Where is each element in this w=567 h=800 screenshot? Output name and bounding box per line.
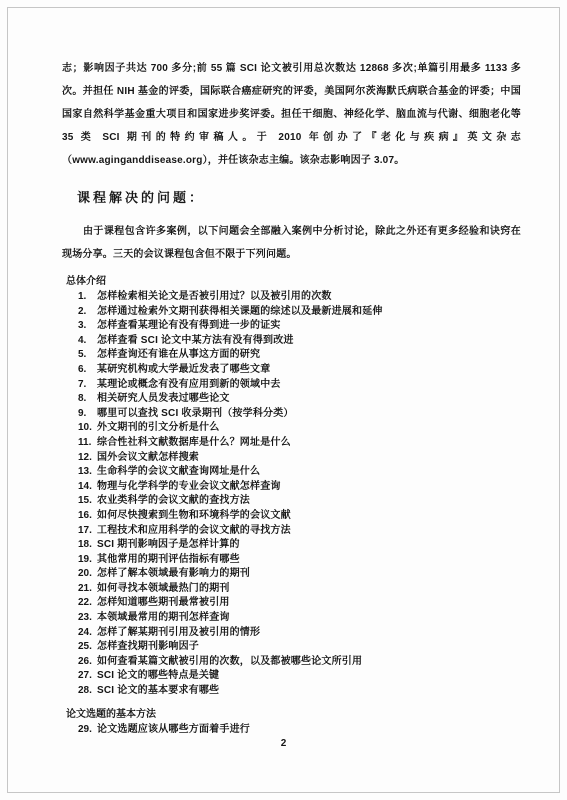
- question-item: 13. 生命科学的会议文献查询网址是什么: [62, 465, 521, 480]
- question-item: 21. 如何寻找本领域最热门的期刊: [62, 582, 521, 597]
- question-sections: 总体介绍 1. 怎样检索相关论文是否被引用过？以及被引用的次数 2. 怎样通过检…: [62, 272, 521, 737]
- question-number: 7.: [78, 378, 97, 393]
- question-number: 29.: [78, 723, 97, 738]
- section-intro-paragraph: 由于课程包含许多案例，以下问题会全部融入案例中分析讨论，除此之外还有更多经验和诀…: [62, 220, 521, 266]
- question-text: 如何寻找本领域最热门的期刊: [97, 582, 521, 597]
- scanned-document-page: 志；影响因子共达 700 多分;前 55 篇 SCI 论文被引用总次数达 128…: [0, 0, 567, 800]
- question-number: 1.: [78, 290, 97, 305]
- question-item: 17. 工程技术和应用科学的会议文献的寻找方法: [62, 524, 521, 539]
- question-text: 其他常用的期刊评估指标有哪些: [97, 553, 521, 568]
- question-text: 生命科学的会议文献查询网址是什么: [97, 465, 521, 480]
- question-text: 综合性社科文献数据库是什么？网址是什么: [97, 436, 521, 451]
- question-item: 19. 其他常用的期刊评估指标有哪些: [62, 553, 521, 568]
- question-text: 工程技术和应用科学的会议文献的寻找方法: [97, 524, 521, 539]
- question-text: 怎样查询还有谁在从事这方面的研究: [97, 348, 521, 363]
- question-number: 4.: [78, 334, 97, 349]
- question-text: 怎样通过检索外文期刊获得相关课题的综述以及最新进展和延伸: [97, 305, 521, 320]
- question-number: 8.: [78, 392, 97, 407]
- question-text: 怎样检索相关论文是否被引用过？以及被引用的次数: [97, 290, 521, 305]
- question-section: 论文选题的基本方法 29. 论文选题应该从哪些方面着手进行: [62, 705, 521, 738]
- question-item: 22. 怎样知道哪些期刊最常被引用: [62, 596, 521, 611]
- question-item: 6. 某研究机构或大学最近发表了哪些文章: [62, 363, 521, 378]
- question-text: 论文选题应该从哪些方面着手进行: [97, 723, 521, 738]
- question-number: 27.: [78, 669, 97, 684]
- question-text: SCI 期刊影响因子是怎样计算的: [97, 538, 521, 553]
- question-text: 本领域最常用的期刊怎样查询: [97, 611, 521, 626]
- question-number: 17.: [78, 524, 97, 539]
- question-text: 怎样查找期刊影响因子: [97, 640, 521, 655]
- question-item: 2. 怎样通过检索外文期刊获得相关课题的综述以及最新进展和延伸: [62, 305, 521, 320]
- question-item: 14. 物理与化学科学的专业会议文献怎样查询: [62, 480, 521, 495]
- section-subheading: 总体介绍: [66, 272, 521, 287]
- question-text: 农业类科学的会议文献的查找方法: [97, 494, 521, 509]
- question-number: 2.: [78, 305, 97, 320]
- question-text: 某理论或概念有没有应用到新的领域中去: [97, 378, 521, 393]
- question-number: 5.: [78, 348, 97, 363]
- question-item: 24. 怎样了解某期刊引用及被引用的情形: [62, 626, 521, 641]
- question-text: SCI 论文的哪些特点是关键: [97, 669, 521, 684]
- question-number: 23.: [78, 611, 97, 626]
- question-number: 20.: [78, 567, 97, 582]
- question-item: 1. 怎样检索相关论文是否被引用过？以及被引用的次数: [62, 290, 521, 305]
- question-item: 27. SCI 论文的哪些特点是关键: [62, 669, 521, 684]
- question-item: 23. 本领域最常用的期刊怎样查询: [62, 611, 521, 626]
- question-text: 怎样了解本领域最有影响力的期刊: [97, 567, 521, 582]
- question-number: 6.: [78, 363, 97, 378]
- question-text: 国外会议文献怎样搜索: [97, 451, 521, 466]
- question-item: 18. SCI 期刊影响因子是怎样计算的: [62, 538, 521, 553]
- question-item: 26. 如何查看某篇文献被引用的次数，以及都被哪些论文所引用: [62, 655, 521, 670]
- page-content: 志；影响因子共达 700 多分;前 55 篇 SCI 论文被引用总次数达 128…: [62, 57, 521, 737]
- question-item: 15. 农业类科学的会议文献的查找方法: [62, 494, 521, 509]
- question-text: 某研究机构或大学最近发表了哪些文章: [97, 363, 521, 378]
- question-number: 11.: [78, 436, 97, 451]
- question-text: 怎样知道哪些期刊最常被引用: [97, 596, 521, 611]
- question-text: 如何查看某篇文献被引用的次数，以及都被哪些论文所引用: [97, 655, 521, 670]
- question-text: 相关研究人员发表过哪些论文: [97, 392, 521, 407]
- question-item: 9. 哪里可以查找 SCI 收录期刊（按学科分类）: [62, 407, 521, 422]
- page-number: 2: [0, 738, 567, 749]
- question-number: 15.: [78, 494, 97, 509]
- question-number: 24.: [78, 626, 97, 641]
- question-item: 5. 怎样查询还有谁在从事这方面的研究: [62, 348, 521, 363]
- question-number: 26.: [78, 655, 97, 670]
- question-item: 16. 如何尽快搜索到生物和环境科学的会议文献: [62, 509, 521, 524]
- question-list: 29. 论文选题应该从哪些方面着手进行: [62, 723, 521, 738]
- question-number: 3.: [78, 319, 97, 334]
- question-number: 18.: [78, 538, 97, 553]
- question-text: SCI 论文的基本要求有哪些: [97, 684, 521, 699]
- question-text: 怎样查看 SCI 论文中某方法有没有得到改进: [97, 334, 521, 349]
- question-section: 总体介绍 1. 怎样检索相关论文是否被引用过？以及被引用的次数 2. 怎样通过检…: [62, 272, 521, 699]
- question-item: 11. 综合性社科文献数据库是什么？网址是什么: [62, 436, 521, 451]
- question-number: 13.: [78, 465, 97, 480]
- question-number: 25.: [78, 640, 97, 655]
- question-number: 12.: [78, 451, 97, 466]
- question-number: 10.: [78, 421, 97, 436]
- question-text: 物理与化学科学的专业会议文献怎样查询: [97, 480, 521, 495]
- bio-paragraph: 志；影响因子共达 700 多分;前 55 篇 SCI 论文被引用总次数达 128…: [62, 57, 521, 172]
- question-number: 28.: [78, 684, 97, 699]
- question-text: 外文期刊的引文分析是什么: [97, 421, 521, 436]
- question-number: 16.: [78, 509, 97, 524]
- question-item: 29. 论文选题应该从哪些方面着手进行: [62, 723, 521, 738]
- section-heading: 课程解决的问题：: [77, 187, 521, 206]
- question-item: 3. 怎样查看某理论有没有得到进一步的证实: [62, 319, 521, 334]
- question-text: 怎样查看某理论有没有得到进一步的证实: [97, 319, 521, 334]
- question-list: 1. 怎样检索相关论文是否被引用过？以及被引用的次数 2. 怎样通过检索外文期刊…: [62, 290, 521, 699]
- question-text: 哪里可以查找 SCI 收录期刊（按学科分类）: [97, 407, 521, 422]
- question-number: 19.: [78, 553, 97, 568]
- question-number: 9.: [78, 407, 97, 422]
- question-item: 25. 怎样查找期刊影响因子: [62, 640, 521, 655]
- question-item: 7. 某理论或概念有没有应用到新的领域中去: [62, 378, 521, 393]
- question-item: 28. SCI 论文的基本要求有哪些: [62, 684, 521, 699]
- question-number: 14.: [78, 480, 97, 495]
- question-number: 22.: [78, 596, 97, 611]
- question-text: 如何尽快搜索到生物和环境科学的会议文献: [97, 509, 521, 524]
- question-item: 20. 怎样了解本领域最有影响力的期刊: [62, 567, 521, 582]
- question-item: 8. 相关研究人员发表过哪些论文: [62, 392, 521, 407]
- section-subheading: 论文选题的基本方法: [66, 705, 521, 720]
- question-item: 12. 国外会议文献怎样搜索: [62, 451, 521, 466]
- question-text: 怎样了解某期刊引用及被引用的情形: [97, 626, 521, 641]
- question-number: 21.: [78, 582, 97, 597]
- question-item: 4. 怎样查看 SCI 论文中某方法有没有得到改进: [62, 334, 521, 349]
- question-item: 10. 外文期刊的引文分析是什么: [62, 421, 521, 436]
